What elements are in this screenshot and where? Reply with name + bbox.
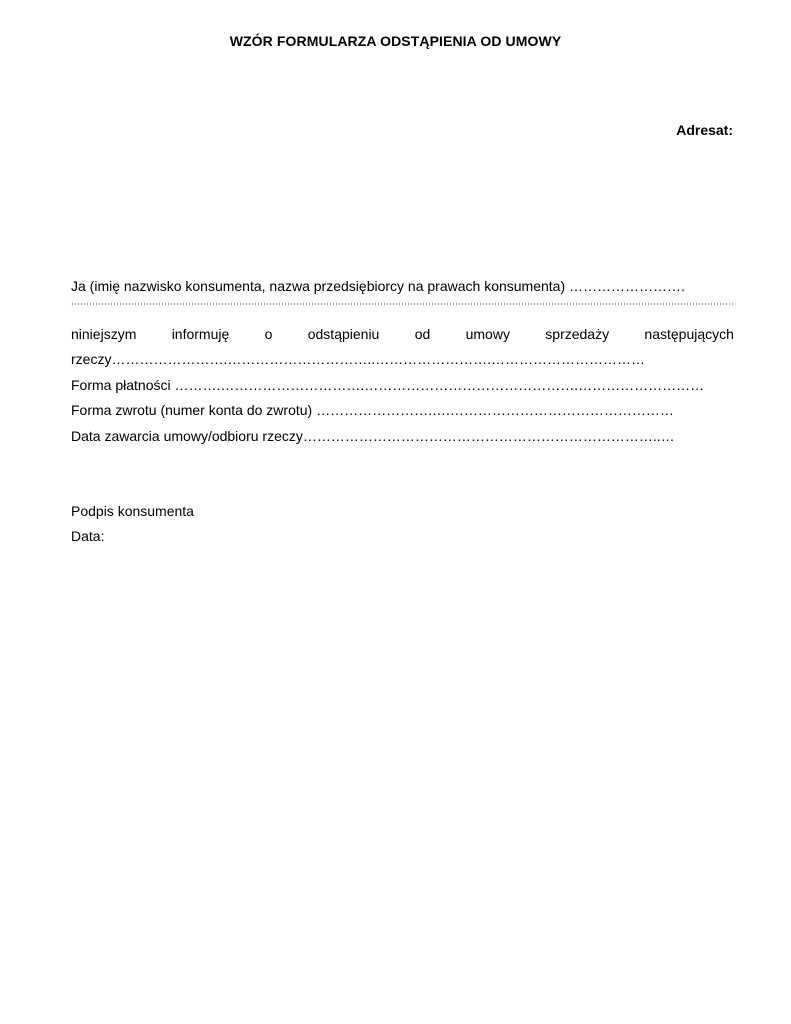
items-dots[interactable]: …………………….…………………………..…………………….…………………………… bbox=[111, 351, 645, 367]
date-label: Data: bbox=[71, 528, 104, 544]
items-field: rzeczy…………………….…………………………..…………………….…………… bbox=[71, 351, 645, 367]
statement-word: umowy bbox=[466, 326, 510, 342]
payment-method-dots[interactable]: ……….………………………….……………………………………….……………………… bbox=[174, 377, 704, 393]
refund-method-label: Forma zwrotu (numer konta do zwrotu) bbox=[71, 402, 316, 418]
consumer-name-label: Ja (imię nazwisko konsumenta, nazwa prze… bbox=[71, 278, 569, 294]
consumer-name-continuation-dots[interactable] bbox=[71, 303, 734, 305]
statement-word: odstąpieniu bbox=[308, 326, 380, 342]
statement-word: informuję bbox=[172, 326, 230, 342]
document-title: WZÓR FORMULARZA ODSTĄPIENIA OD UMOWY bbox=[0, 33, 791, 49]
payment-method-field: Forma płatności ……….………………………….………………………… bbox=[71, 377, 704, 393]
contract-date-field: Data zawarcia umowy/odbioru rzeczy………………… bbox=[71, 428, 675, 444]
contract-date-dots[interactable]: …………………………………………………………………..… bbox=[303, 428, 675, 444]
items-label: rzeczy bbox=[71, 351, 111, 367]
signature-label: Podpis konsumenta bbox=[71, 503, 194, 519]
payment-method-label: Forma płatności bbox=[71, 377, 174, 393]
statement-word: od bbox=[415, 326, 431, 342]
statement-line: niniejszym informuję o odstąpieniu od um… bbox=[71, 326, 734, 342]
consumer-name-dots[interactable]: ……………………. bbox=[569, 278, 685, 294]
addressee-label: Adresat: bbox=[676, 122, 733, 138]
statement-word: następujących bbox=[644, 326, 734, 342]
consumer-name-field: Ja (imię nazwisko konsumenta, nazwa prze… bbox=[71, 278, 685, 294]
statement-word: o bbox=[265, 326, 273, 342]
contract-date-label: Data zawarcia umowy/odbioru rzeczy bbox=[71, 428, 303, 444]
statement-word: niniejszym bbox=[71, 326, 136, 342]
refund-method-dots[interactable]: …………………….….………………………………………… bbox=[316, 402, 674, 418]
refund-method-field: Forma zwrotu (numer konta do zwrotu) ………… bbox=[71, 402, 674, 418]
statement-word: sprzedaży bbox=[545, 326, 609, 342]
